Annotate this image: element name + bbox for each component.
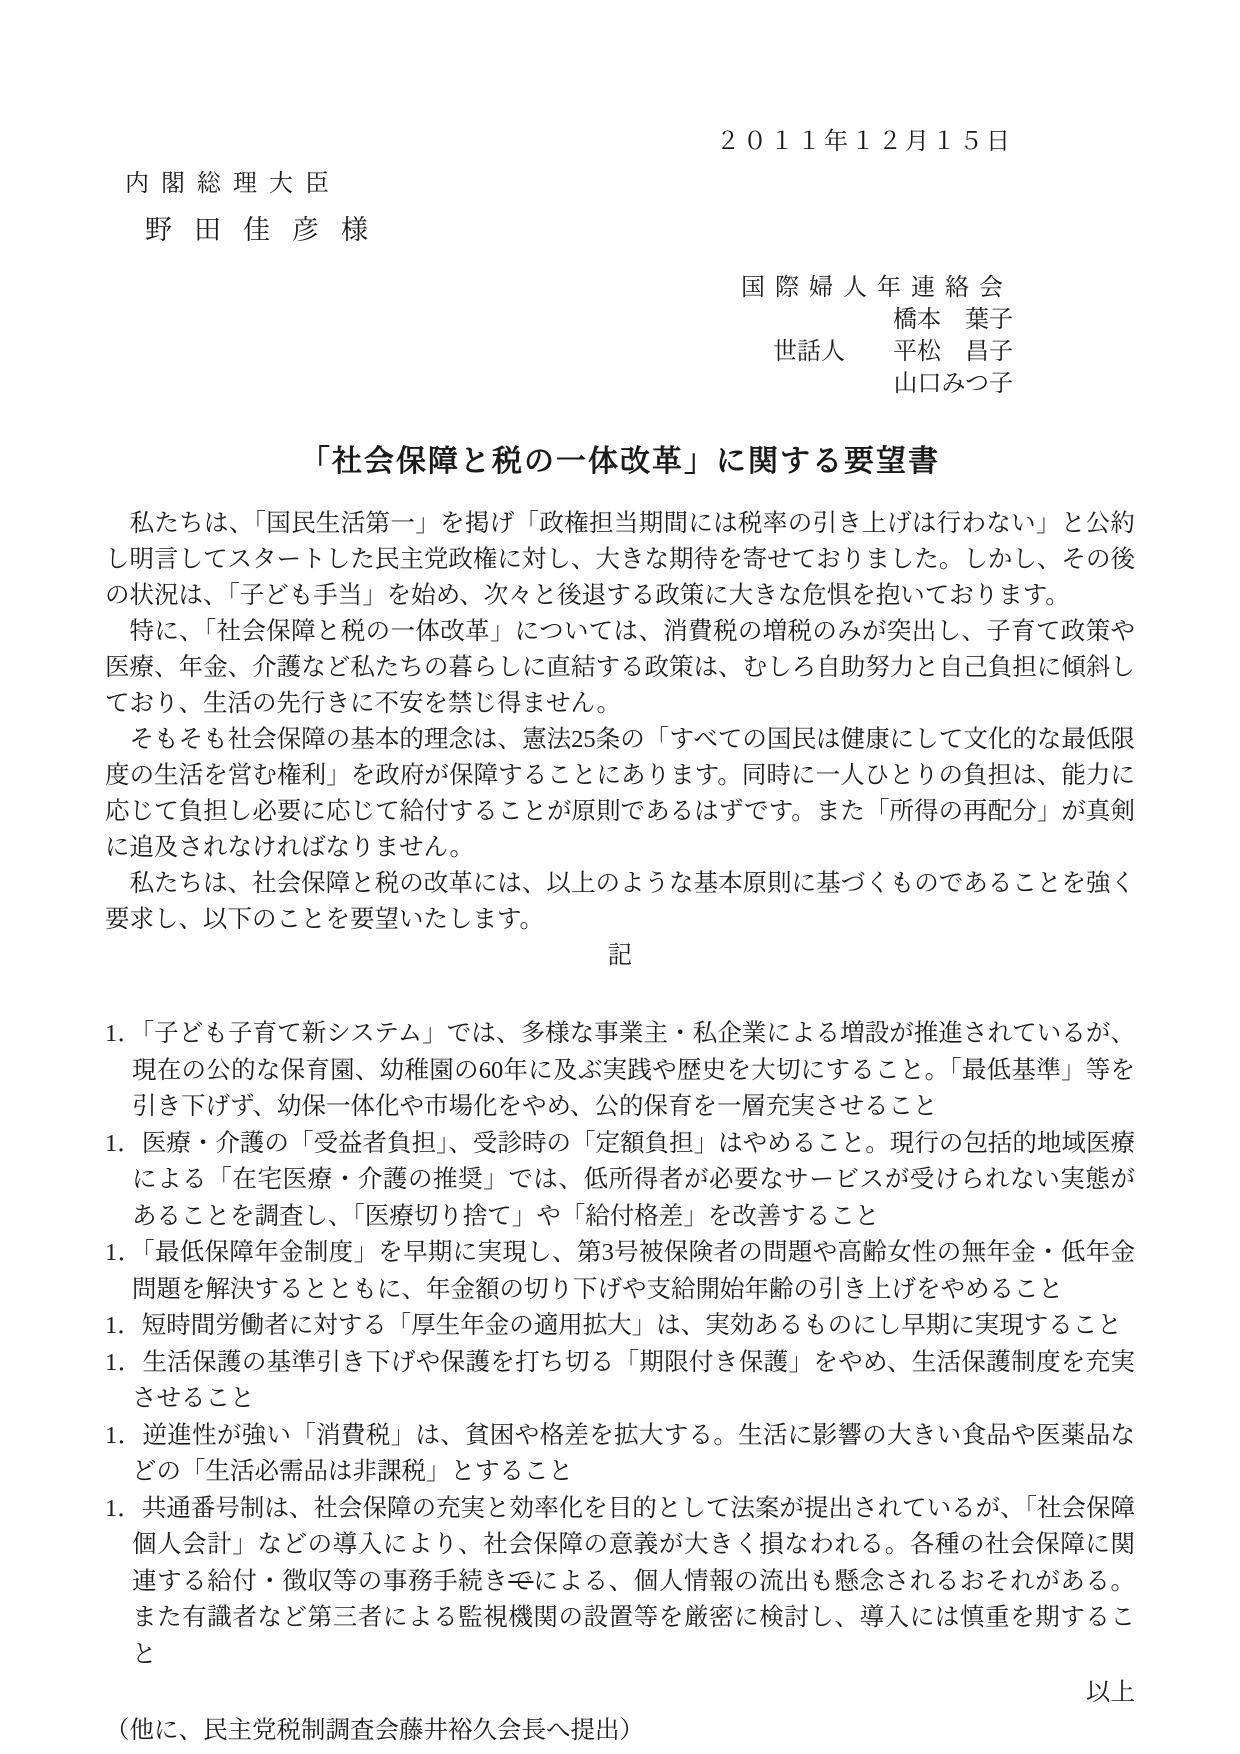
footnote: （他に、民主党税制調査会藤井裕久会長へ提出） bbox=[105, 1713, 1135, 1749]
sender-caretaker-line: 世話人 平松 昌子 bbox=[105, 336, 1013, 368]
list-item-text: 生活保護の基準引き下げや保護を打ち切る「期限付き保護」をやめ、生活保護制度を充実… bbox=[132, 1349, 1135, 1413]
sender-member-1: 橋本 葉子 bbox=[105, 304, 1013, 336]
recipient-name: 野田佳彦様 bbox=[105, 212, 1135, 248]
sender-organization: 国際婦人年連絡会 bbox=[105, 272, 1013, 304]
letter-page: ２０１１年１２月１５日 内閣総理大臣 野田佳彦様 国際婦人年連絡会 橋本 葉子 … bbox=[0, 0, 1240, 1754]
paragraph-4: 私たちは、社会保障と税の改革には、以上のような基本原則に基づくものであることを強… bbox=[105, 866, 1135, 938]
list-item-text: 「最低保障年金制度」を早期に実現し、第3号被保険者の問題や高齢女性の無年金・低年… bbox=[132, 1239, 1135, 1303]
list-item-marker: 1． bbox=[105, 1422, 142, 1449]
document-title: 「社会保障と税の一体改革」に関する要望書 bbox=[105, 442, 1135, 482]
list-item-text: 短時間労働者に対する「厚生年金の適用拡大」は、実効あるものにし早期に実現すること bbox=[142, 1312, 1122, 1339]
list-item-marker: 1． bbox=[105, 1020, 142, 1047]
list-item: 1．医療・介護の「受益者負担」、受診時の「定額負担」はやめること。現行の包括的地… bbox=[105, 1126, 1135, 1236]
list-item: 1．逆進性が強い「消費税」は、貧困や格差を拡大する。生活に影響の大きい食品や医薬… bbox=[105, 1418, 1135, 1491]
list-item-text: 医療・介護の「受益者負担」、受診時の「定額負担」はやめること。現行の包括的地域医… bbox=[132, 1130, 1135, 1230]
struck-text: で bbox=[508, 1568, 533, 1595]
paragraph-3: そもそも社会保障の基本的理念は、憲法25条の「すべての国民は健康にして文化的な最… bbox=[105, 722, 1135, 866]
list-item-text: 逆進性が強い「消費税」は、貧困や格差を拡大する。生活に影響の大きい食品や医薬品な… bbox=[132, 1422, 1135, 1486]
list-item-marker: 1． bbox=[105, 1130, 142, 1157]
list-item: 1．「子ども子育て新システム」では、多様な事業主・私企業による増設が推進されてい… bbox=[105, 1016, 1135, 1126]
list-item-marker: 1． bbox=[105, 1312, 142, 1339]
recipient-office: 内閣総理大臣 bbox=[105, 168, 1135, 200]
list-item-marker: 1． bbox=[105, 1349, 142, 1376]
sender-block: 国際婦人年連絡会 橋本 葉子 世話人 平松 昌子 山口みつ子 bbox=[105, 272, 1013, 400]
list-item-marker: 1． bbox=[105, 1495, 142, 1522]
list-item: 1．生活保護の基準引き下げや保護を打ち切る「期限付き保護」をやめ、生活保護制度を… bbox=[105, 1345, 1135, 1418]
request-list: 1．「子ども子育て新システム」では、多様な事業主・私企業による増設が推進されてい… bbox=[105, 1016, 1135, 1673]
list-item-text: 「子ども子育て新システム」では、多様な事業主・私企業による増設が推進されているが… bbox=[132, 1020, 1135, 1120]
sender-member-3: 山口みつ子 bbox=[105, 368, 1013, 400]
paragraph-2: 特に、「社会保障と税の一体改革」については、消費税の増税のみが突出し、子育て政策… bbox=[105, 614, 1135, 722]
paragraph-1: 私たちは、「国民生活第一」を掲げ「政権担当期間には税率の引き上げは行わない」と公… bbox=[105, 506, 1135, 614]
list-item: 1．短時間労働者に対する「厚生年金の適用拡大」は、実効あるものにし早期に実現する… bbox=[105, 1308, 1135, 1345]
document-date: ２０１１年１２月１５日 bbox=[105, 126, 1013, 158]
list-item: 1．「最低保障年金制度」を早期に実現し、第3号被保険者の問題や高齢女性の無年金・… bbox=[105, 1235, 1135, 1308]
ki-label: 記 bbox=[105, 938, 1135, 974]
list-item-marker: 1． bbox=[105, 1239, 142, 1266]
body-text: 私たちは、「国民生活第一」を掲げ「政権担当期間には税率の引き上げは行わない」と公… bbox=[105, 506, 1135, 974]
list-item: 1．共通番号制は、社会保障の充実と効率化を目的として法案が提出されているが、「社… bbox=[105, 1491, 1135, 1674]
closing-label: 以上 bbox=[105, 1675, 1135, 1711]
